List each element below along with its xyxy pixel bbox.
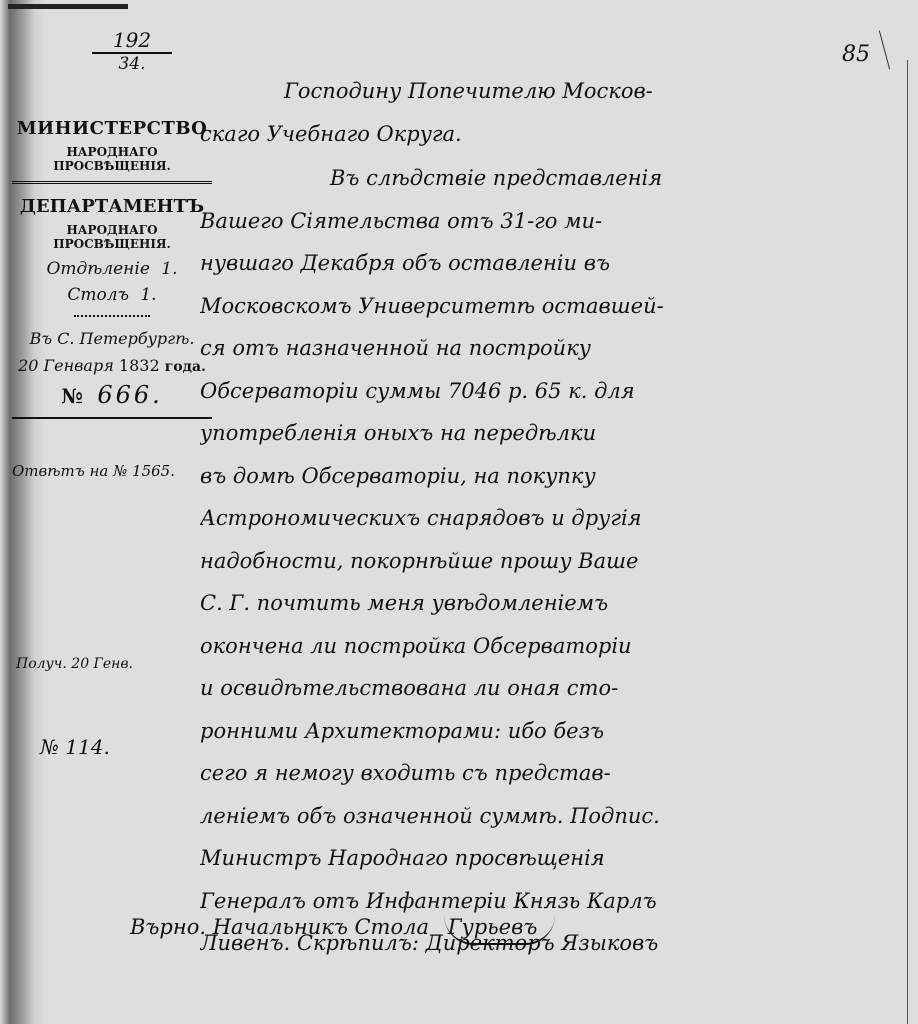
body-line: нувшаго Декабря объ оставленіи въ: [200, 242, 890, 285]
body-line: сего я немогу входить съ представ-: [200, 752, 890, 795]
signature-name: Гурьевъ: [444, 915, 556, 945]
ministry-subtitle: НАРОДНАГО ПРОСВѢЩЕНІЯ.: [12, 145, 212, 173]
ministry-title: МИНИСТЕРСТВО: [12, 118, 212, 139]
body-line: С. Г. почтить меня увѣдомленіемъ: [200, 582, 890, 625]
section-value: 1.: [161, 259, 177, 279]
date-day: 20: [18, 356, 38, 375]
outgoing-number: № 666.: [12, 381, 212, 409]
section-row: Отдѣленіе 1.: [12, 259, 212, 279]
department-title: ДЕПАРТАМЕНТЪ: [12, 196, 212, 217]
desk-row: Столъ 1.: [12, 285, 212, 305]
number-label: №: [61, 384, 83, 408]
attestation-signature: Върно. Начальникъ Стола Гурьевъ: [130, 915, 555, 945]
margin-note-received: Получ. 20 Генв.: [16, 656, 133, 672]
body-line: Астрономическихъ снарядовъ и другія: [200, 497, 890, 540]
letterhead: МИНИСТЕРСТВО НАРОДНАГО ПРОСВѢЩЕНІЯ. ДЕПА…: [12, 118, 212, 419]
archival-mark: 192 34.: [92, 28, 172, 74]
body-line: окончена ли постройка Обсерваторіи: [200, 625, 890, 668]
body-line: ся отъ назначенной на постройку: [200, 327, 890, 370]
margin-note-incoming-number: № 114.: [40, 735, 110, 759]
divider: [12, 417, 212, 419]
body-line: Обсерваторіи суммы 7046 р. 65 к. для: [200, 370, 890, 413]
margin-note-reply: Отвѣтъ на № 1565.: [12, 462, 175, 480]
page-corner-fold: [879, 31, 890, 70]
archival-bottom-number: 34.: [92, 54, 172, 74]
city-line: Въ С. Петербургѣ.: [12, 329, 212, 348]
divider: [12, 181, 212, 186]
department-subtitle: НАРОДНАГО ПРОСВѢЩЕНІЯ.: [12, 223, 212, 251]
desk-label: Столъ: [67, 285, 129, 305]
number-value: 666.: [97, 381, 162, 409]
archival-top-number: 192: [92, 28, 172, 54]
salutation-line: скаго Учебнаго Округа.: [200, 113, 890, 156]
body-line: Московскомъ Университетѣ оставшей-: [200, 285, 890, 328]
salutation-line: Господину Попечителю Москов-: [200, 70, 890, 113]
section-label: Отдѣленіе: [46, 259, 149, 279]
date-month: Генваря: [44, 356, 114, 375]
page-right-edge: [907, 60, 908, 1024]
date-year: 1832: [119, 356, 160, 375]
body-line: надобности, покорнѣйше прошу Ваше: [200, 540, 890, 583]
body-line: Вашего Сіятельства отъ 31-го ми-: [200, 200, 890, 243]
body-line: Министръ Народнаго просвѣщенія: [200, 837, 890, 880]
body-line: въ домѣ Обсерваторіи, на покупку: [200, 455, 890, 498]
document-page: 192 34. 85 МИНИСТЕРСТВО НАРОДНАГО ПРОСВѢ…: [0, 0, 918, 1024]
body-line: Въ слѣдствіе представленія: [200, 157, 890, 200]
desk-value: 1.: [140, 285, 156, 305]
body-line: ронними Архитекторами: ибо безъ: [200, 710, 890, 753]
body-line: леніемъ объ означенной суммѣ. Подпис.: [200, 795, 890, 838]
folio-number: 85: [842, 42, 870, 67]
body-line: и освидѣтельствована ли оная сто-: [200, 667, 890, 710]
body-line: употребленія оныхъ на передѣлки: [200, 412, 890, 455]
date-line: 20 Генваря 1832 года.: [12, 356, 212, 375]
letter-body: Господину Попечителю Москов- скаго Учебн…: [200, 70, 890, 965]
attestation-text: Върно. Начальникъ Стола: [130, 915, 429, 939]
torn-corner-edge: [8, 4, 128, 9]
dotted-divider: [74, 315, 150, 317]
